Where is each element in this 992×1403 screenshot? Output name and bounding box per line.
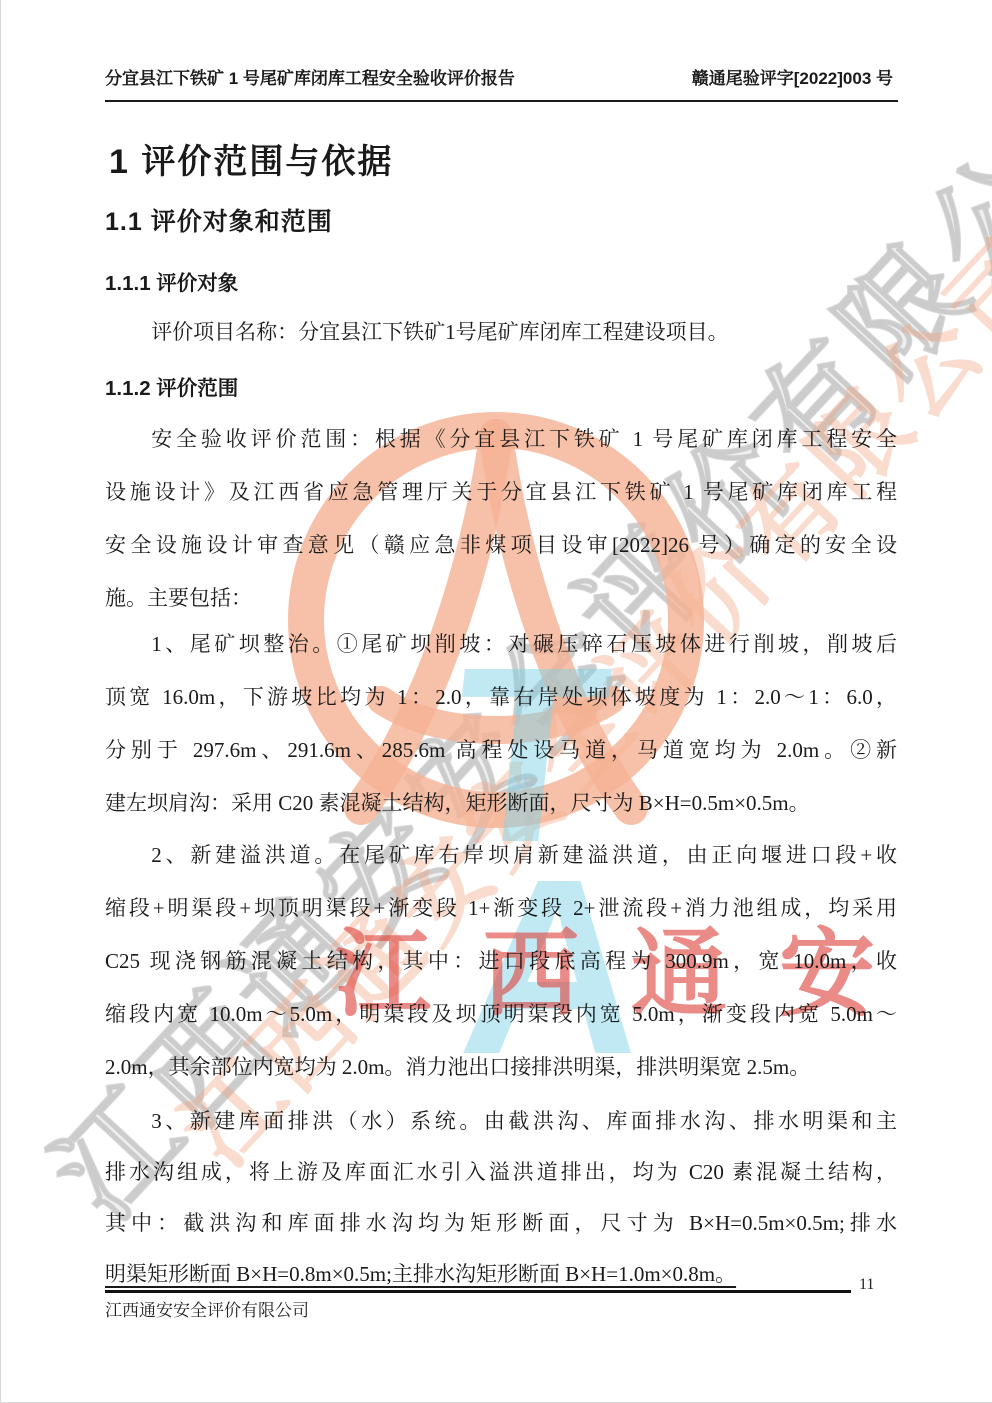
- text-line: 安全验收评价范围：根据《分宜县江下铁矿 1 号尾矿库闭库工程安全: [105, 413, 897, 466]
- text-line: 安全设施设计审查意见（赣应急非煤项目设审[2022]26 号）确定的安全设: [105, 519, 897, 572]
- subsection-heading-evaluation-object: 1.1.1 评价对象: [105, 266, 238, 296]
- text-line: C25 现浇钢筋混凝土结构，其中：进口段底高程为 300.9m，宽 10.0m，…: [105, 935, 897, 988]
- paragraph-item-3-drainage-system: 3、新建库面排洪（水）系统。由截洪沟、库面排水沟、排水明渠和主 排水沟组成，将上…: [105, 1096, 897, 1300]
- header-doc-number: 赣通尾验评字[2022]003 号: [692, 64, 893, 89]
- text-line: 缩段+明渠段+坝顶明渠段+渐变段 1+渐变段 2+泄流段+消力池组成，均采用: [105, 882, 897, 935]
- text-line: 排水沟组成，将上游及库面汇水引入溢洪道排出，均为 C20 素混凝土结构，: [105, 1147, 897, 1198]
- text-line: 其中：截洪沟和库面排水沟均为矩形断面，尺寸为 B×H=0.5m×0.5m;排水: [105, 1198, 897, 1249]
- text-line: 2、新建溢洪道。在尾矿库右岸坝肩新建溢洪道，由正向堰进口段+收: [105, 829, 897, 882]
- document-page: 江西通安安全评价有限公司 江西通安安全评价有限公司 T A 江西通安 分宜县江下…: [0, 0, 992, 1403]
- header-rule: [105, 100, 898, 102]
- page-number: 11: [859, 1276, 874, 1294]
- text-line: 缩段内宽 10.0m～5.0m，明渠段及坝顶明渠段内宽 5.0m，渐变段内宽 5…: [105, 988, 897, 1041]
- header-report-title: 分宜县江下铁矿 1 号尾矿库闭库工程安全验收评价报告: [105, 64, 515, 89]
- paragraph-item-2-spillway: 2、新建溢洪道。在尾矿库右岸坝肩新建溢洪道，由正向堰进口段+收 缩段+明渠段+坝…: [105, 829, 897, 1094]
- footer-company-name: 江西通安安全评价有限公司: [105, 1296, 309, 1321]
- text-line: 设施设计》及江西省应急管理厅关于分宜县江下铁矿 1 号尾矿库闭库工程: [105, 466, 897, 519]
- footer-rule: [105, 1290, 851, 1293]
- text-line: 3、新建库面排洪（水）系统。由截洪沟、库面排水沟、排水明渠和主: [105, 1096, 897, 1147]
- section-heading: 1.1 评价对象和范围: [105, 202, 333, 238]
- text-line: 评价项目名称：分宜县江下铁矿1号尾矿库闭库工程建设项目。: [105, 306, 897, 359]
- text-line: 顶宽 16.0m，下游坡比均为 1：2.0，靠右岸处坝体坡度为 1：2.0～1：…: [105, 671, 897, 724]
- text-line: 建左坝肩沟：采用 C20 素混凝土结构，矩形断面，尺寸为 B×H=0.5m×0.…: [105, 777, 897, 830]
- text-line: 1、尾矿坝整治。①尾矿坝削坡：对碾压碎石压坡体进行削坡，削坡后: [105, 618, 897, 671]
- subsection-heading-evaluation-scope: 1.1.2 评价范围: [105, 371, 238, 401]
- text-line: 2.0m，其余部位内宽均为 2.0m。消力池出口接排洪明渠，排洪明渠宽 2.5m…: [105, 1041, 897, 1094]
- paragraph-evaluation-object: 评价项目名称：分宜县江下铁矿1号尾矿库闭库工程建设项目。: [105, 306, 897, 359]
- text-line: 分别于 297.6m、291.6m、285.6m 高程处设马道，马道宽均为 2.…: [105, 724, 897, 777]
- paragraph-item-1-dam-remediation: 1、尾矿坝整治。①尾矿坝削坡：对碾压碎石压坡体进行削坡，削坡后 顶宽 16.0m…: [105, 618, 897, 830]
- page-content: 分宜县江下铁矿 1 号尾矿库闭库工程安全验收评价报告 赣通尾验评字[2022]0…: [1, 0, 992, 1402]
- paragraph-evaluation-scope: 安全验收评价范围：根据《分宜县江下铁矿 1 号尾矿库闭库工程安全 设施设计》及江…: [105, 413, 897, 625]
- chapter-heading: 1 评价范围与依据: [109, 134, 393, 183]
